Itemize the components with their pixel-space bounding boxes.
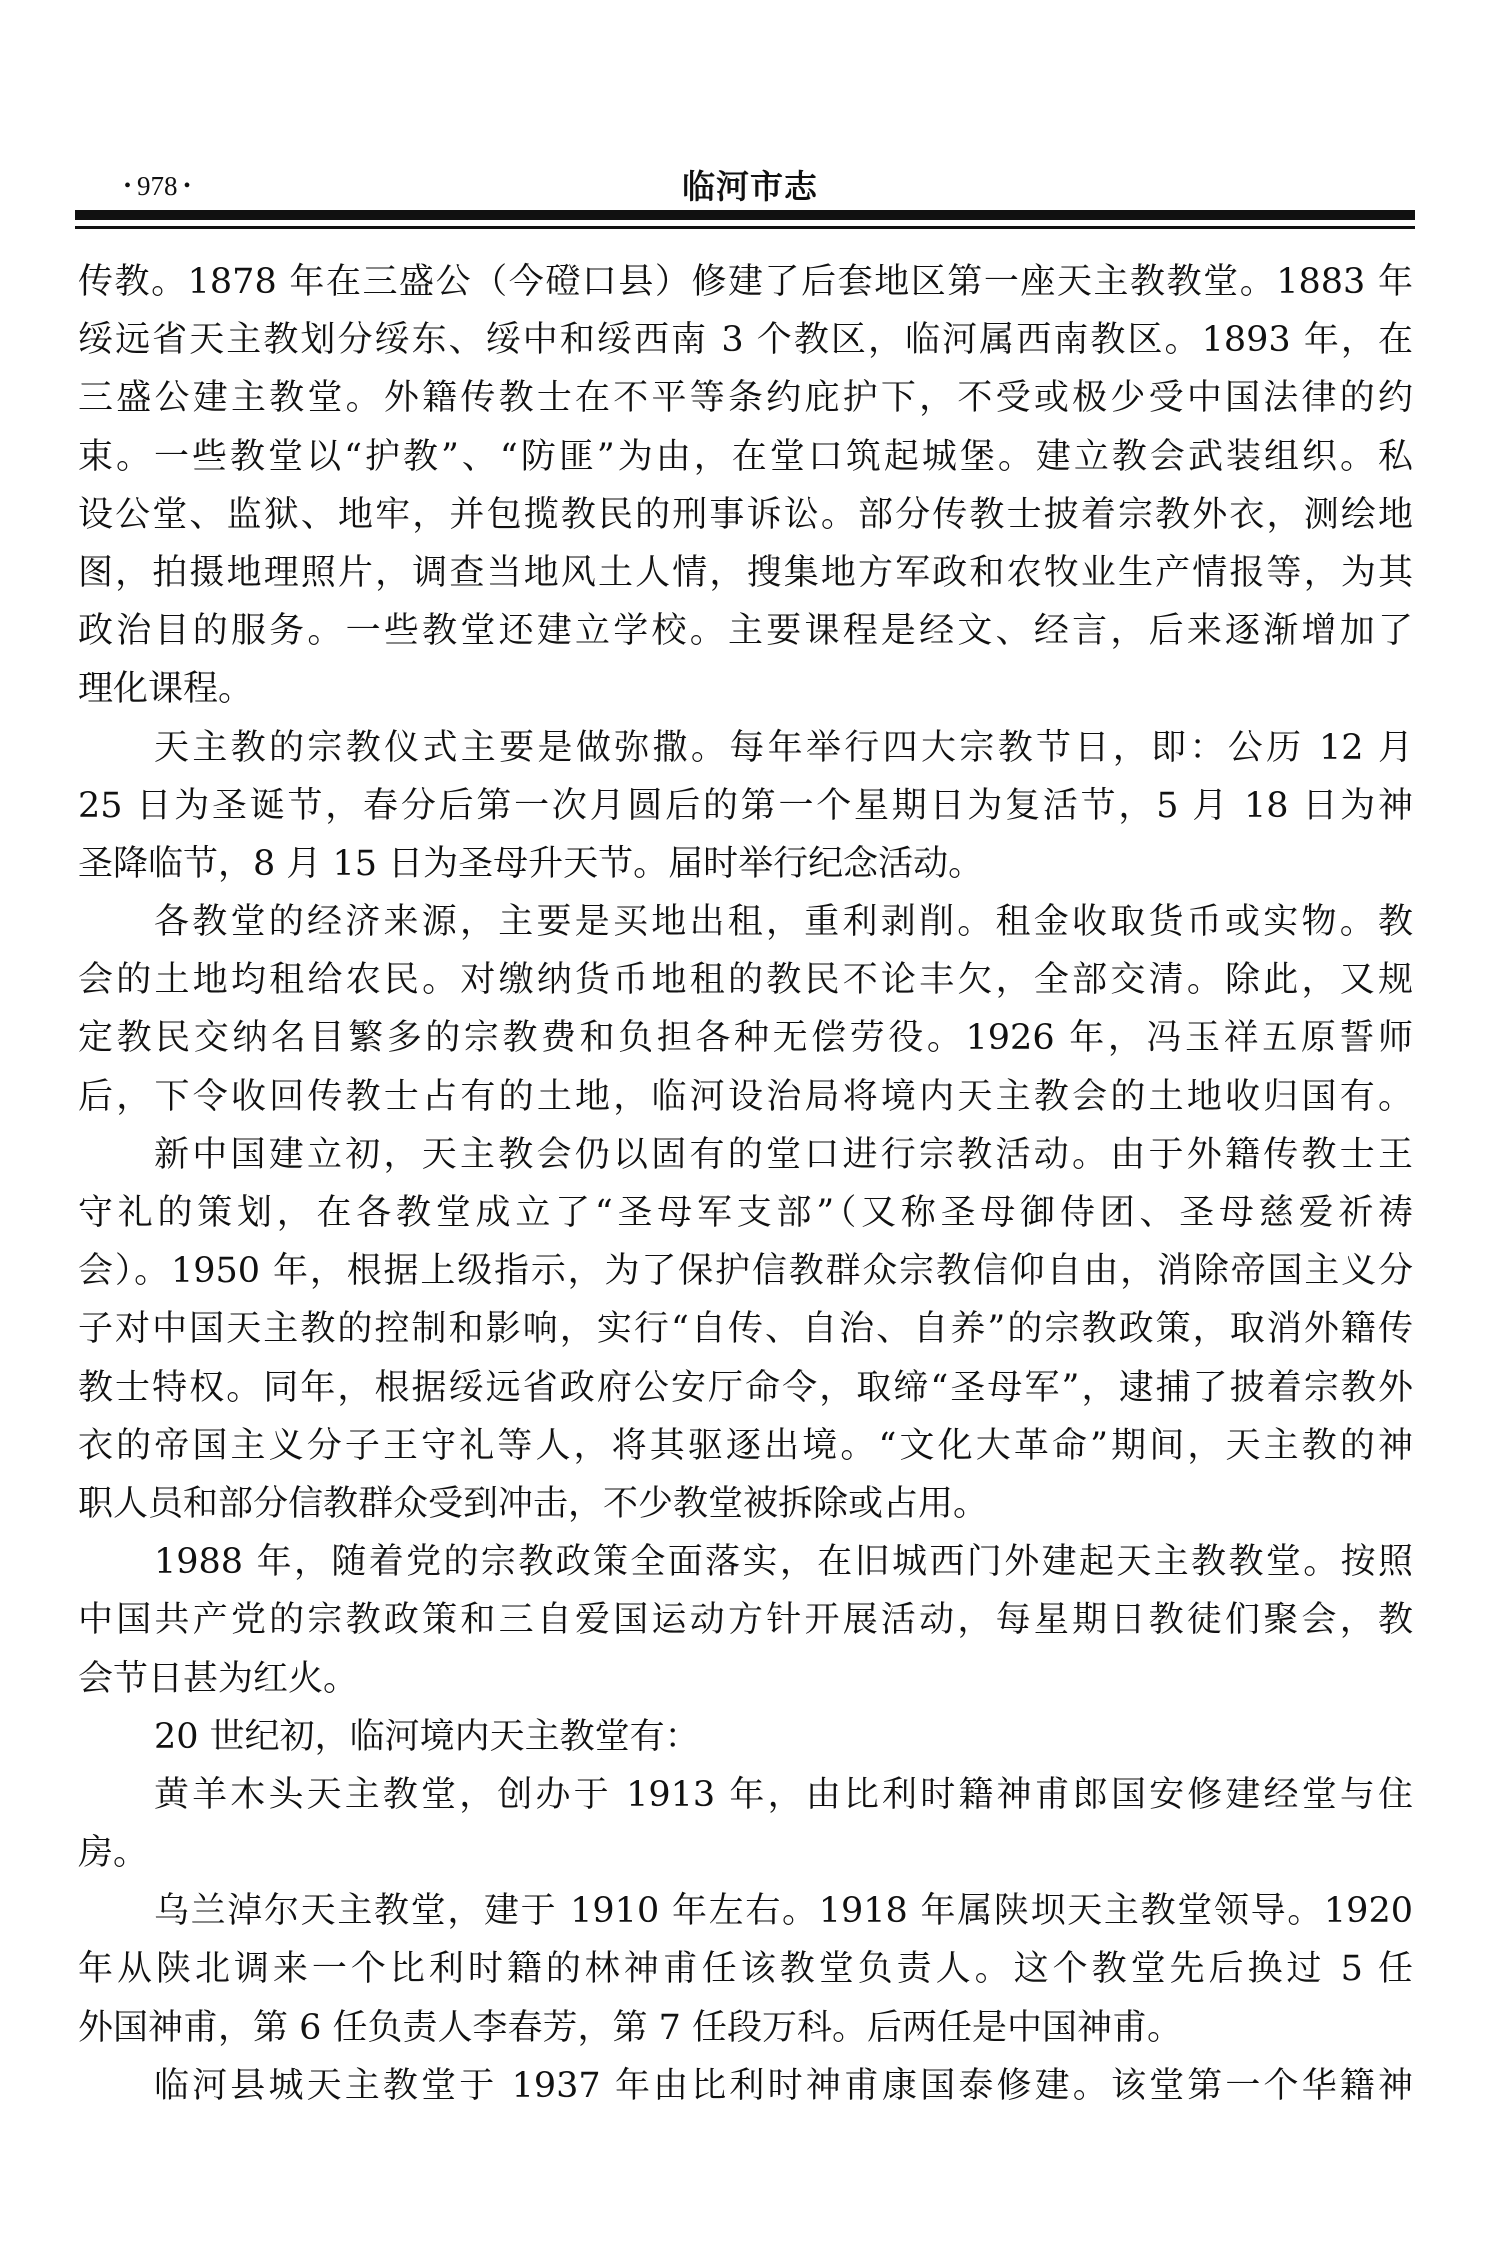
text-line: 1988 年，随着党的宗教政策全面落实，在旧城西门外建起天主教教堂。按照	[78, 1533, 1413, 1591]
page-header: •978• 临河市志	[0, 0, 1500, 240]
text-line: 天主教的宗教仪式主要是做弥撒。每年举行四大宗教节日，即：公历 12 月	[78, 719, 1413, 777]
paragraph-2: 各教堂的经济来源，主要是买地出租，重利剥削。租金收取货币或实物。教 会的土地均租…	[78, 893, 1413, 1126]
paragraph-0: 传教。1878 年在三盛公（今磴口县）修建了后套地区第一座天主教教堂。1883 …	[78, 253, 1413, 719]
text-line: 房。	[78, 1824, 1413, 1882]
paragraph-6: 黄羊木头天主教堂，创办于 1913 年，由比利时籍神甫郎国安修建经堂与住 房。	[78, 1766, 1413, 1882]
body-text: 传教。1878 年在三盛公（今磴口县）修建了后套地区第一座天主教教堂。1883 …	[78, 253, 1413, 2115]
text-line: 中国共产党的宗教政策和三自爱国运动方针开展活动，每星期日教徒们聚会，教	[78, 1591, 1413, 1649]
running-title: 临河市志	[600, 169, 900, 205]
text-line: 25 日为圣诞节，春分后第一次月圆后的第一个星期日为复活节，5 月 18 日为神	[78, 777, 1413, 835]
text-line: 会）。1950 年，根据上级指示，为了保护信教群众宗教信仰自由，消除帝国主义分	[78, 1242, 1413, 1300]
paragraph-7: 乌兰淖尔天主教堂，建于 1910 年左右。1918 年属陕坝天主教堂领导。192…	[78, 1882, 1413, 2057]
text-line: 乌兰淖尔天主教堂，建于 1910 年左右。1918 年属陕坝天主教堂领导。192…	[78, 1882, 1413, 1940]
text-line: 绥远省天主教划分绥东、绥中和绥西南 3 个教区，临河属西南教区。1893 年，在	[78, 311, 1413, 369]
text-line: 会节日甚为红火。	[78, 1650, 1413, 1708]
text-line: 年从陕北调来一个比利时籍的林神甫任该教堂负责人。这个教堂先后换过 5 任	[78, 1940, 1413, 1998]
text-line: 子对中国天主教的控制和影响，实行“自传、自治、自养”的宗教政策，取消外籍传	[78, 1300, 1413, 1358]
text-line: 会的土地均租给农民。对缴纳货币地租的教民不论丰欠，全部交清。除此，又规	[78, 951, 1413, 1009]
text-line: 守礼的策划，在各教堂成立了“圣母军支部”（又称圣母御侍团、圣母慈爱祈祷	[78, 1184, 1413, 1242]
paragraph-8: 临河县城天主教堂于 1937 年由比利时神甫康国泰修建。该堂第一个华籍神	[78, 2057, 1413, 2115]
text-line: 束。一些教堂以“护教”、“防匪”为由，在堂口筑起城堡。建立教会武装组织。私	[78, 428, 1413, 486]
page-number-value: 978	[137, 171, 178, 201]
header-rule-thin	[75, 226, 1415, 229]
text-line: 设公堂、监狱、地牢，并包揽教民的刑事诉讼。部分传教士披着宗教外衣，测绘地	[78, 486, 1413, 544]
bullet-left-icon: •	[124, 171, 131, 201]
text-line: 外国神甫，第 6 任负责人李春芳，第 7 任段万科。后两任是中国神甫。	[78, 1999, 1413, 2057]
text-line: 教士特权。同年，根据绥远省政府公安厅命令，取缔“圣母军”，逮捕了披着宗教外	[78, 1359, 1413, 1417]
text-line: 临河县城天主教堂于 1937 年由比利时神甫康国泰修建。该堂第一个华籍神	[78, 2057, 1413, 2115]
paragraph-5: 20 世纪初，临河境内天主教堂有：	[78, 1708, 1413, 1766]
page-number: •978•	[118, 171, 197, 201]
text-line: 圣降临节，8 月 15 日为圣母升天节。届时举行纪念活动。	[78, 835, 1413, 893]
text-line: 黄羊木头天主教堂，创办于 1913 年，由比利时籍神甫郎国安修建经堂与住	[78, 1766, 1413, 1824]
text-line: 后，下令收回传教士占有的土地，临河设治局将境内天主教会的土地收归国有。	[78, 1068, 1413, 1126]
text-line: 职人员和部分信教群众受到冲击，不少教堂被拆除或占用。	[78, 1475, 1413, 1533]
text-line: 三盛公建主教堂。外籍传教士在不平等条约庇护下，不受或极少受中国法律的约	[78, 369, 1413, 427]
text-line: 图，拍摄地理照片，调查当地风土人情，搜集地方军政和农牧业生产情报等，为其	[78, 544, 1413, 602]
paragraph-1: 天主教的宗教仪式主要是做弥撒。每年举行四大宗教节日，即：公历 12 月 25 日…	[78, 719, 1413, 894]
text-line: 新中国建立初，天主教会仍以固有的堂口进行宗教活动。由于外籍传教士王	[78, 1126, 1413, 1184]
text-line: 衣的帝国主义分子王守礼等人，将其驱逐出境。“文化大革命”期间，天主教的神	[78, 1417, 1413, 1475]
header-rule-thick	[75, 210, 1415, 220]
text-line: 20 世纪初，临河境内天主教堂有：	[78, 1708, 1413, 1766]
paragraph-4: 1988 年，随着党的宗教政策全面落实，在旧城西门外建起天主教教堂。按照 中国共…	[78, 1533, 1413, 1708]
text-line: 理化课程。	[78, 660, 1413, 718]
text-line: 定教民交纳名目繁多的宗教费和负担各种无偿劳役。1926 年，冯玉祥五原誓师	[78, 1009, 1413, 1067]
bullet-right-icon: •	[184, 171, 191, 201]
paragraph-3: 新中国建立初，天主教会仍以固有的堂口进行宗教活动。由于外籍传教士王 守礼的策划，…	[78, 1126, 1413, 1533]
text-line: 政治目的服务。一些教堂还建立学校。主要课程是经文、经言，后来逐渐增加了	[78, 602, 1413, 660]
text-line: 各教堂的经济来源，主要是买地出租，重利剥削。租金收取货币或实物。教	[78, 893, 1413, 951]
text-line: 传教。1878 年在三盛公（今磴口县）修建了后套地区第一座天主教教堂。1883 …	[78, 253, 1413, 311]
